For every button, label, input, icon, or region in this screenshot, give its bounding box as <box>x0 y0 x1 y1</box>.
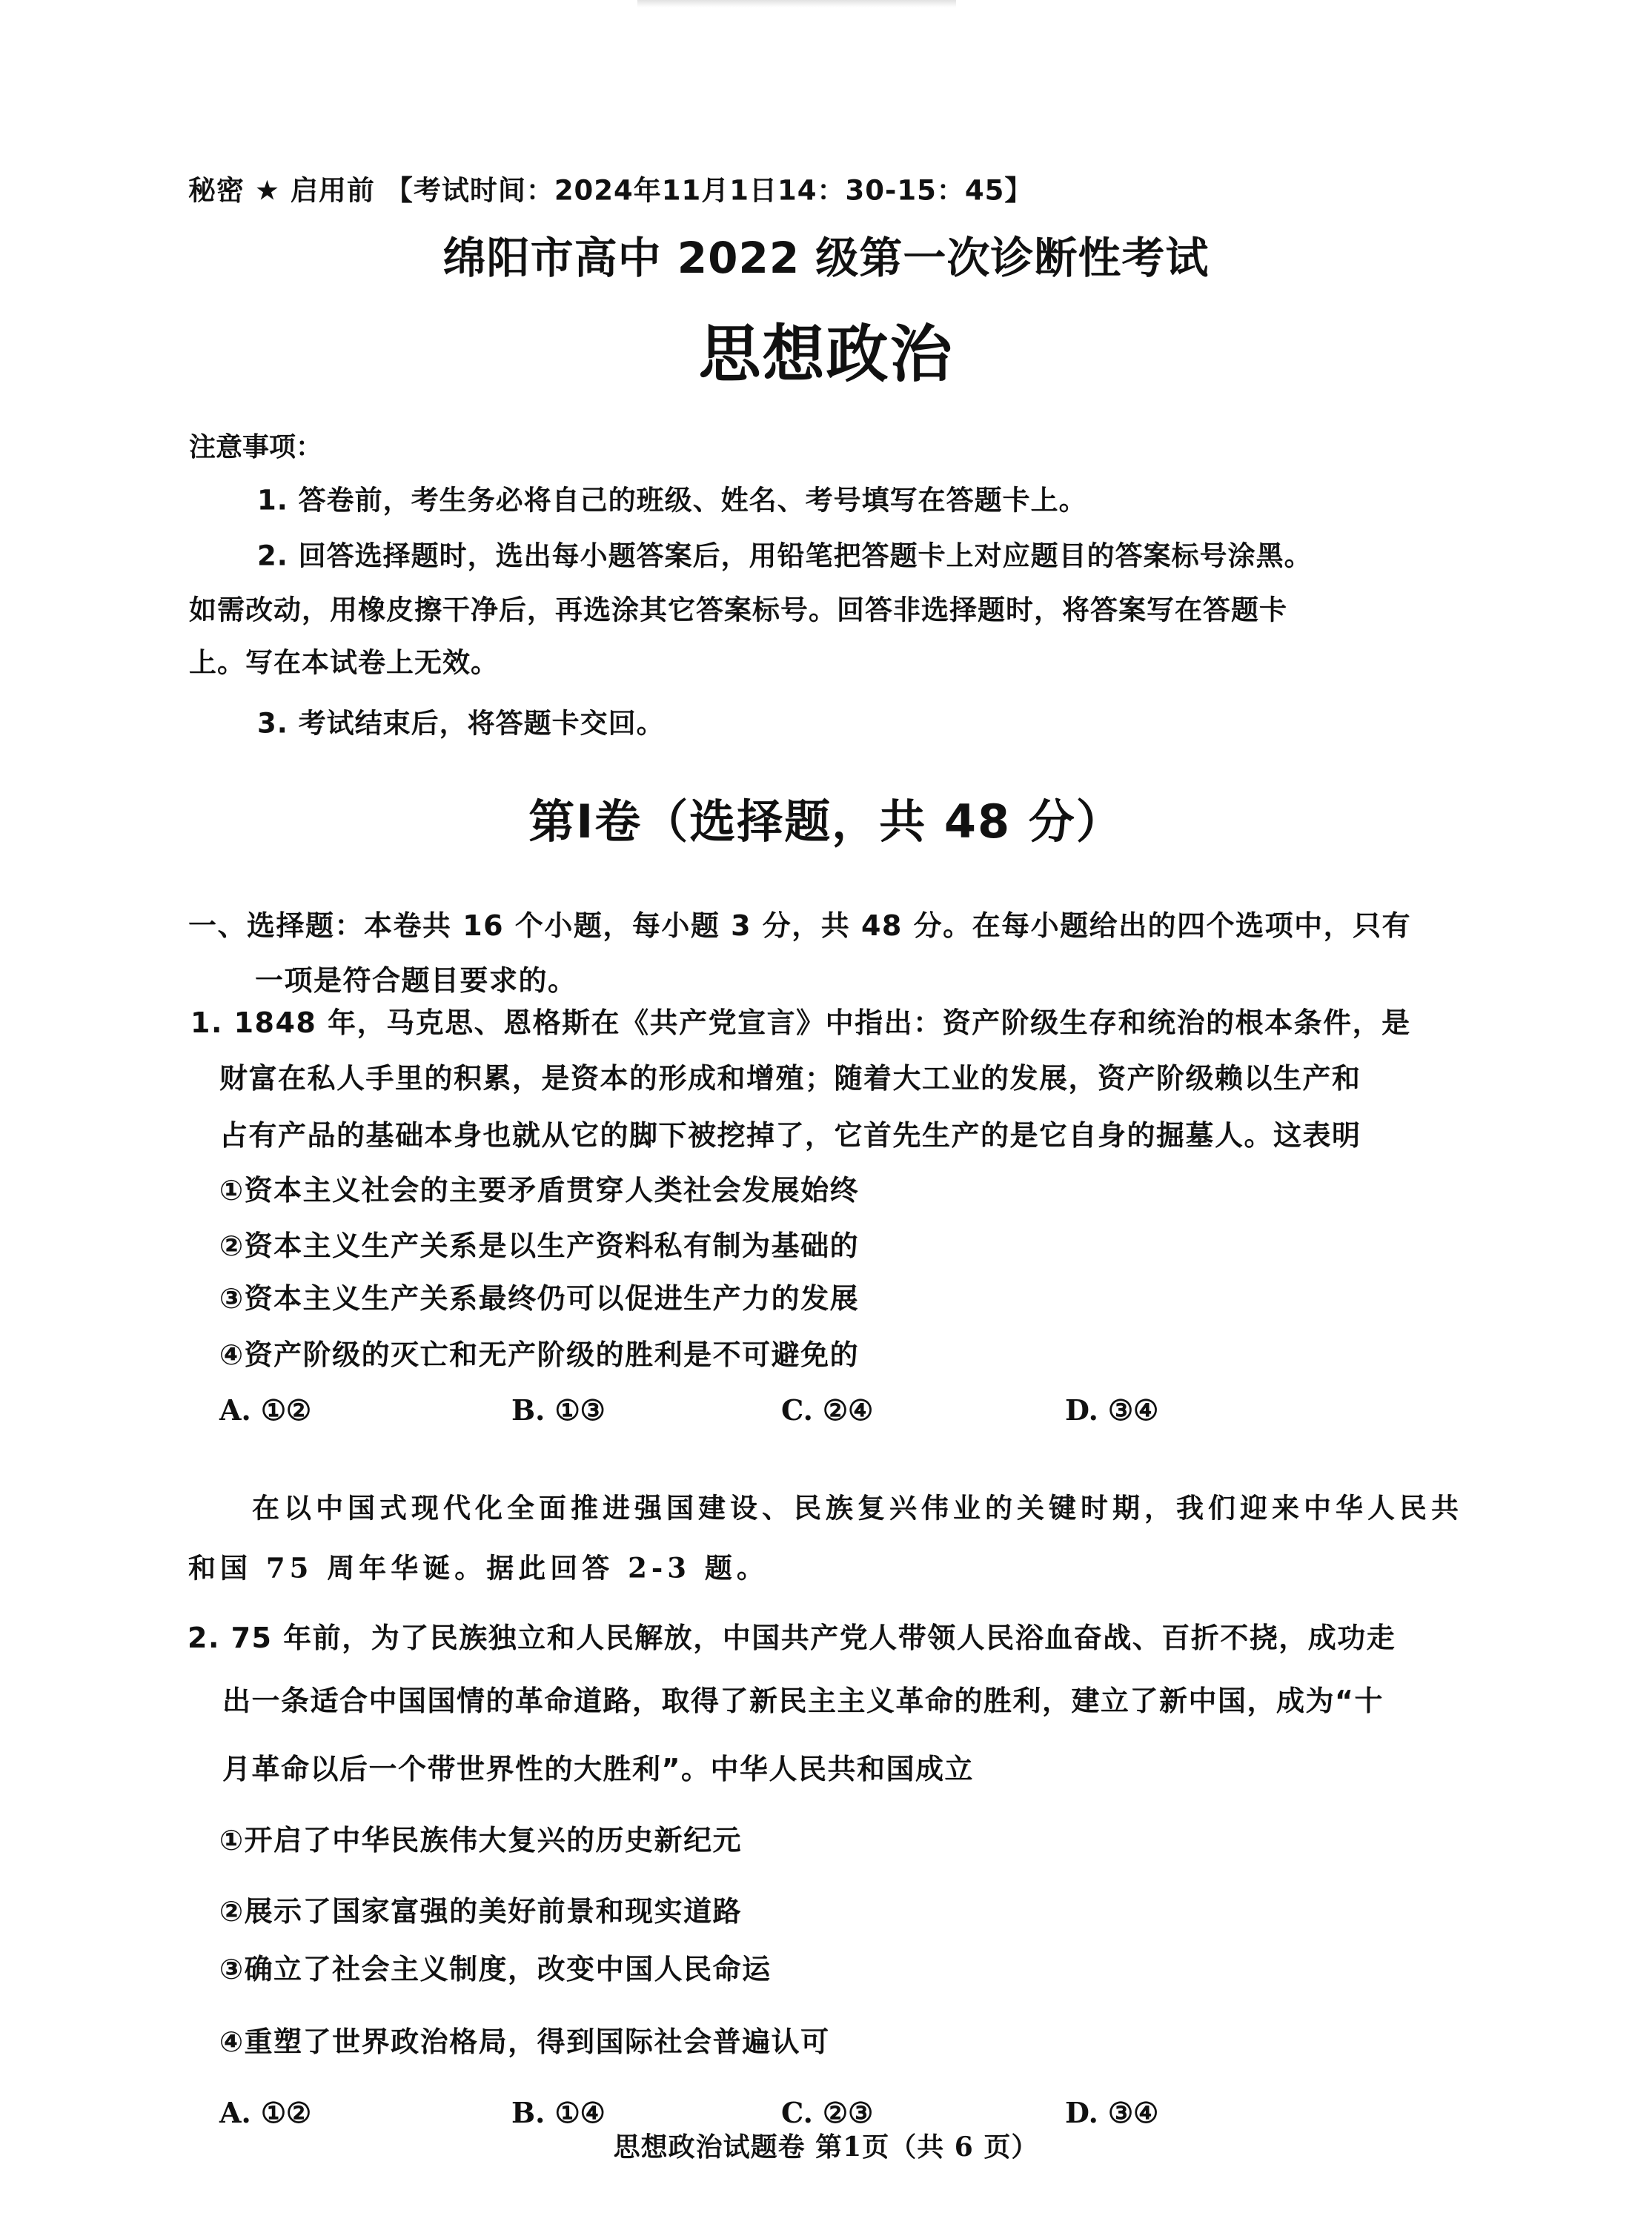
question-2-statement-3: ③确立了社会主义制度，改变中国人民命运 <box>219 1955 772 1983</box>
question-2-choice-c[interactable]: C. ②③ <box>781 2099 873 2127</box>
notes-heading: 注意事项： <box>189 434 322 461</box>
question-1-statement-2: ②资本主义生产关系是以生产资料私有制为基础的 <box>219 1232 859 1260</box>
question-2-statement-1: ①开启了中华民族伟大复兴的历史新纪元 <box>219 1826 742 1854</box>
section-instruction: 一、选择题：本卷共 16 个小题，每小题 3 分，共 48 分。在每小题给出的四… <box>188 912 1411 940</box>
question-1-choice-d[interactable]: D. ③④ <box>1065 1396 1158 1424</box>
confidential-time-line: 秘密 ★ 启用前 【考试时间：2024年11月1日14：30-15：45】 <box>188 177 1032 205</box>
question-2-choice-b[interactable]: B. ①④ <box>511 2099 606 2127</box>
question-2-statement-4: ④重塑了世界政治格局，得到国际社会普遍认可 <box>219 2028 830 2056</box>
note-item-1: 1. 答卷前，考生务必将自己的班级、姓名、考号填写在答题卡上。 <box>257 487 1087 514</box>
question-1-stem-line: 财富在私人手里的积累，是资本的形成和增殖；随着大工业的发展，资产阶级赖以生产和 <box>219 1064 1361 1092</box>
question-1-statement-3: ③资本主义生产关系最终仍可以促进生产力的发展 <box>219 1284 859 1313</box>
section-heading: 第Ⅰ卷（选择题，共 48 分） <box>0 799 1652 845</box>
context-paragraph-line: 在以中国式现代化全面推进强国建设、民族复兴伟业的关键时期，我们迎来中华人民共 <box>252 1495 1463 1522</box>
context-paragraph-line: 和国 75 周年华诞。据此回答 2-3 题。 <box>188 1555 769 1582</box>
section-instruction-continued: 一项是符合题目要求的。 <box>255 966 577 995</box>
question-2-choice-a[interactable]: A. ①② <box>219 2099 311 2127</box>
question-2-stem-line: 月革命以后一个带世界性的大胜利”。中华人民共和国成立 <box>222 1755 974 1783</box>
page-footer: 思想政治试题卷 第1页（共 6 页） <box>0 2134 1652 2160</box>
question-1-statement-4: ④资产阶级的灭亡和无产阶级的胜利是不可避免的 <box>219 1341 859 1369</box>
question-1-stem-line: 1. 1848 年，马克思、恩格斯在《共产党宣言》中指出：资产阶级生存和统治的根… <box>190 1009 1411 1037</box>
note-item-2: 2. 回答选择题时，选出每小题答案后，用铅笔把答题卡上对应题目的答案标号涂黑。 <box>257 543 1313 570</box>
question-1-choice-b[interactable]: B. ①③ <box>511 1396 606 1424</box>
scan-edge-smudge <box>637 0 956 7</box>
question-2-stem-line: 出一条适合中国国情的革命道路，取得了新民主主义革命的胜利，建立了新中国，成为“十 <box>222 1687 1384 1715</box>
question-2-statement-2: ②展示了国家富强的美好前景和现实道路 <box>219 1897 742 1925</box>
subject-title: 思想政治 <box>0 323 1652 385</box>
question-1-choice-c[interactable]: C. ②④ <box>781 1396 873 1424</box>
exam-title: 绵阳市高中 2022 级第一次诊断性考试 <box>0 236 1652 279</box>
question-2-stem-line: 2. 75 年前，为了民族独立和人民解放，中国共产党人带领人民浴血奋战、百折不挠… <box>188 1624 1396 1652</box>
question-2-choice-d[interactable]: D. ③④ <box>1065 2099 1158 2127</box>
note-item-2-continued: 如需改动，用橡皮擦干净后，再选涂其它答案标号。回答非选择题时，将答案写在答题卡 <box>189 597 1287 624</box>
question-1-stem-line: 占有产品的基础本身也就从它的脚下被挖掉了，它首先生产的是它自身的掘墓人。这表明 <box>219 1121 1361 1149</box>
question-1-statement-1: ①资本主义社会的主要矛盾贯穿人类社会发展始终 <box>219 1176 859 1204</box>
note-item-2-end: 上。写在本试卷上无效。 <box>189 649 499 677</box>
note-item-3: 3. 考试结束后，将答题卡交回。 <box>257 710 665 737</box>
question-1-choice-a[interactable]: A. ①② <box>219 1396 311 1424</box>
